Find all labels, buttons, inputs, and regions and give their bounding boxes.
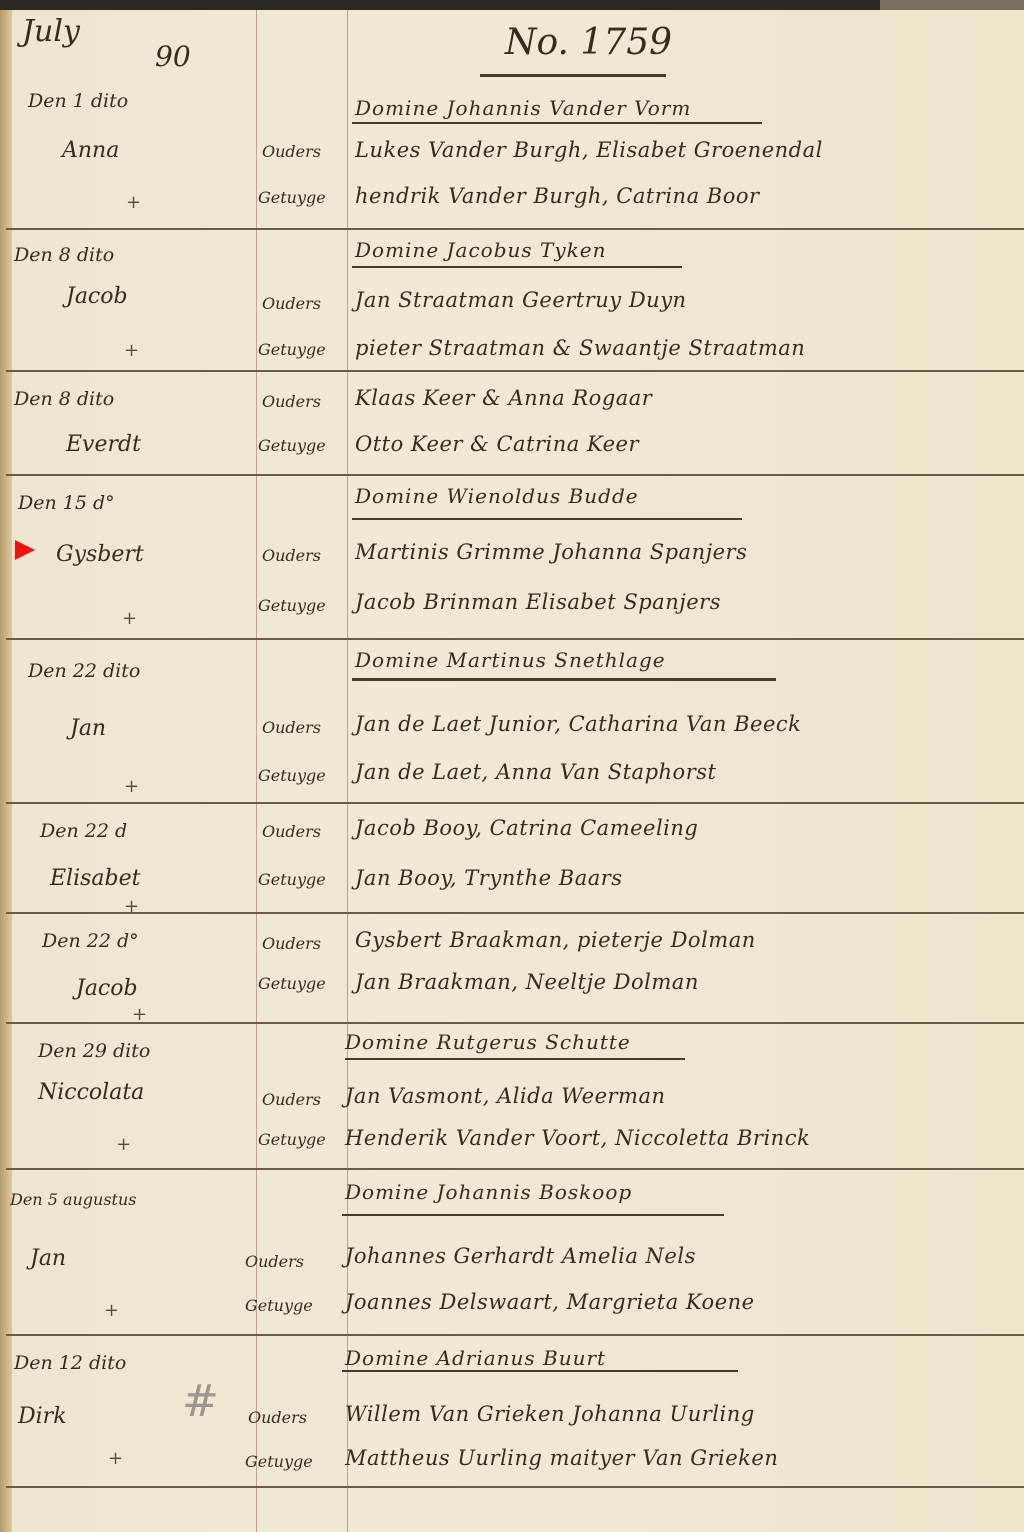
minister-underline: [345, 1058, 685, 1060]
minister-underline: [352, 678, 776, 681]
child-name: Jacob: [76, 976, 138, 1001]
entry-date: Den 12 dito: [14, 1352, 126, 1374]
child-name: Everdt: [66, 432, 141, 457]
parents-names: Willem Van Grieken Johanna Uurling: [345, 1402, 755, 1426]
witnesses-names: Jacob Brinman Elisabet Spanjers: [355, 590, 721, 614]
witnesses-label: Getuyge: [258, 974, 326, 993]
parents-names: Jan Vasmont, Alida Weerman: [345, 1084, 666, 1108]
register-number-underline: [480, 74, 666, 77]
parents-names: Johannes Gerhardt Amelia Nels: [345, 1244, 696, 1268]
entry-divider: [6, 638, 1024, 640]
parents-label: Ouders: [262, 822, 321, 841]
parents-names: Lukes Vander Burgh, Elisabet Groenendal: [355, 138, 823, 162]
entry-divider: [6, 1168, 1024, 1170]
parents-names: Jacob Booy, Catrina Cameeling: [355, 816, 698, 840]
entry-date: Den 15 d°: [18, 492, 115, 514]
witnesses-names: Jan Booy, Trynthe Baars: [355, 866, 623, 890]
cross-mark: +: [108, 1448, 123, 1469]
pencil-hash-mark-icon: #: [182, 1376, 219, 1427]
witnesses-names: Mattheus Uurling maityer Van Grieken: [345, 1446, 778, 1470]
witnesses-names: Joannes Delswaart, Margrieta Koene: [345, 1290, 755, 1314]
witnesses-names: Henderik Vander Voort, Niccoletta Brinck: [345, 1126, 810, 1150]
witnesses-label: Getuyge: [258, 766, 326, 785]
child-name: Jan: [70, 716, 106, 741]
parents-label: Ouders: [262, 392, 321, 411]
page-binding: [0, 10, 12, 1532]
minister-underline: [352, 122, 762, 124]
cross-mark: +: [104, 1300, 119, 1321]
entry-date: Den 8 dito: [14, 388, 114, 410]
child-name: Jan: [30, 1246, 66, 1271]
cross-mark: +: [126, 192, 141, 213]
witnesses-label: Getuyge: [258, 596, 326, 615]
parents-label: Ouders: [262, 934, 321, 953]
entry-divider: [6, 1022, 1024, 1024]
entry-divider: [6, 1334, 1024, 1336]
parents-names: Klaas Keer & Anna Rogaar: [355, 386, 652, 410]
parents-names: Gysbert Braakman, pieterje Dolman: [355, 928, 756, 952]
witnesses-names: hendrik Vander Burgh, Catrina Boor: [355, 184, 760, 208]
cross-mark: +: [116, 1134, 131, 1155]
entry-divider: [6, 474, 1024, 476]
witnesses-label: Getuyge: [258, 340, 326, 359]
minister-underline: [352, 518, 742, 520]
child-name: Dirk: [18, 1404, 67, 1429]
parents-label: Ouders: [262, 294, 321, 313]
witnesses-label: Getuyge: [245, 1452, 313, 1471]
entry-divider: [6, 1486, 1024, 1488]
selection-marker-icon[interactable]: [15, 540, 35, 560]
parents-names: Jan Straatman Geertruy Duyn: [355, 288, 687, 312]
minister-underline: [352, 266, 682, 268]
entry-date: Den 22 d°: [42, 930, 139, 952]
entry-date: Den 5 augustus: [10, 1190, 137, 1209]
entry-date: Den 29 dito: [38, 1040, 150, 1062]
minister-name: Domine Wienoldus Budde: [355, 484, 639, 508]
witnesses-label: Getuyge: [258, 1130, 326, 1149]
folio-number: 90: [155, 40, 191, 73]
scanner-edge: [0, 0, 1024, 10]
child-name: Jacob: [66, 284, 128, 309]
parents-label: Ouders: [262, 546, 321, 565]
witnesses-names: Jan de Laet, Anna Van Staphorst: [355, 760, 716, 784]
entry-divider: [6, 912, 1024, 914]
witnesses-label: Getuyge: [258, 188, 326, 207]
witnesses-names: pieter Straatman & Swaantje Straatman: [355, 336, 805, 360]
parents-label: Ouders: [262, 142, 321, 161]
entry-divider: [6, 228, 1024, 230]
witnesses-label: Getuyge: [258, 436, 326, 455]
parents-names: Jan de Laet Junior, Catharina Van Beeck: [355, 712, 801, 736]
child-name: Gysbert: [56, 542, 144, 567]
witnesses-names: Otto Keer & Catrina Keer: [355, 432, 639, 456]
child-name: Niccolata: [38, 1080, 144, 1105]
cross-mark: +: [122, 608, 137, 629]
parents-label: Ouders: [248, 1408, 307, 1427]
minister-name: Domine Jacobus Tyken: [355, 238, 606, 262]
minister-name: Domine Johannis Vander Vorm: [355, 96, 691, 120]
witnesses-names: Jan Braakman, Neeltje Dolman: [355, 970, 699, 994]
entry-date: Den 22 d: [40, 820, 127, 842]
child-name: Elisabet: [50, 866, 140, 891]
minister-name: Domine Johannis Boskoop: [345, 1180, 632, 1204]
register-number: No. 1759: [505, 22, 672, 63]
witnesses-label: Getuyge: [245, 1296, 313, 1315]
witnesses-label: Getuyge: [258, 870, 326, 889]
minister-underline: [342, 1370, 738, 1372]
minister-name: Domine Adrianus Buurt: [345, 1346, 606, 1370]
entry-date: Den 22 dito: [28, 660, 140, 682]
month-heading: July: [22, 14, 80, 49]
minister-underline: [342, 1214, 724, 1216]
parents-names: Martinis Grimme Johanna Spanjers: [355, 540, 747, 564]
cross-mark: +: [124, 776, 139, 797]
minister-name: Domine Martinus Snethlage: [355, 648, 666, 672]
entry-divider: [6, 370, 1024, 372]
parents-label: Ouders: [262, 718, 321, 737]
entry-divider: [6, 802, 1024, 804]
entry-date: Den 8 dito: [14, 244, 114, 266]
cross-mark: +: [124, 340, 139, 361]
entry-date: Den 1 dito: [28, 90, 128, 112]
parents-label: Ouders: [245, 1252, 304, 1271]
minister-name: Domine Rutgerus Schutte: [345, 1030, 631, 1054]
child-name: Anna: [62, 138, 119, 163]
parents-label: Ouders: [262, 1090, 321, 1109]
